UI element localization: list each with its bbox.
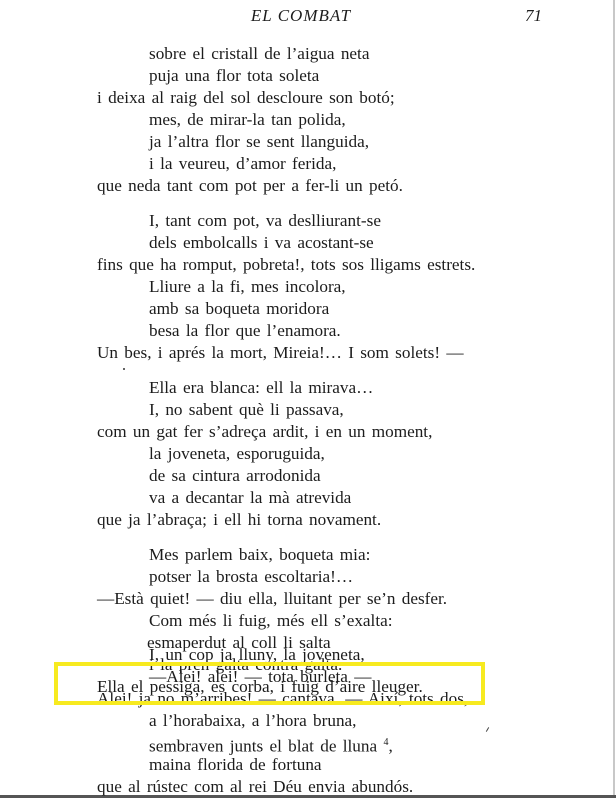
verse-line: Ella era blanca: ell la mirava…	[149, 378, 373, 398]
verse-line: amb sa boqueta moridora	[149, 299, 329, 319]
verse-line: I, tant com pot, va deslliurant-se	[149, 211, 381, 231]
verse-line: besa la flor que l’enamora.	[149, 321, 341, 341]
verse-line: Com més li fuig, més ell s’exalta:	[149, 611, 393, 631]
verse-line: Lliure a la fi, mes incolora,	[149, 277, 346, 297]
stray-mark	[486, 727, 489, 732]
verse-line: la joveneta, esporuguida,	[149, 444, 325, 464]
verse-text: sembraven junts el blat de lluna	[149, 737, 377, 756]
verse-line: ja l’altra flor se sent llanguida,	[149, 132, 369, 152]
stray-dot	[123, 368, 125, 370]
page-edge-right	[613, 0, 615, 798]
verse-line: I, no sabent què li passava,	[149, 400, 344, 420]
punctuation: ,	[388, 737, 392, 756]
running-header: EL COMBAT	[0, 6, 616, 26]
verse-line: que al rústec com al rei Déu envia abund…	[97, 777, 413, 797]
verse-line: mes, de mirar-la tan polida,	[149, 110, 346, 130]
chapter-title: EL COMBAT	[251, 6, 351, 25]
verse-line: puja una flor tota soleta	[149, 66, 319, 86]
verse-line: maina florida de fortuna	[149, 755, 322, 775]
verse-line: que neda tant com pot per a fer-li un pe…	[97, 176, 403, 196]
verse-line: a l’horabaixa, a l’hora bruna,	[149, 711, 356, 731]
page-number: 71	[525, 6, 542, 26]
verse-line: com un gat fer s’adreça ardit, i en un m…	[97, 422, 432, 442]
verse-line: que ja l’abraça; i ell hi torna novament…	[97, 510, 381, 530]
verse-line: sobre el cristall de l’aigua neta	[149, 44, 369, 64]
verse-line: i la veureu, d’amor ferida,	[149, 154, 336, 174]
verse-line: —Està quiet! — diu ella, lluitant per se…	[97, 589, 447, 609]
verse-line: dels embolcalls i va acostant-se	[149, 233, 374, 253]
verse-line: Un bes, i aprés la mort, Mireia!… I som …	[97, 343, 464, 363]
verse-line: Mes parlem baix, boqueta mia:	[149, 545, 370, 565]
verse-line: fins que ha romput, pobreta!, tots sos l…	[97, 255, 475, 275]
verse-line: sembraven junts el blat de lluna 4,	[149, 733, 393, 757]
verse-line: de sa cintura arrodonida	[149, 466, 321, 486]
verse-line: potser la brosta escoltaria!…	[149, 567, 353, 587]
verse-line: va a decantar la mà atrevida	[149, 488, 351, 508]
verse-line: i deixa al raig del sol descloure son bo…	[97, 88, 395, 108]
highlight-box	[54, 662, 485, 705]
